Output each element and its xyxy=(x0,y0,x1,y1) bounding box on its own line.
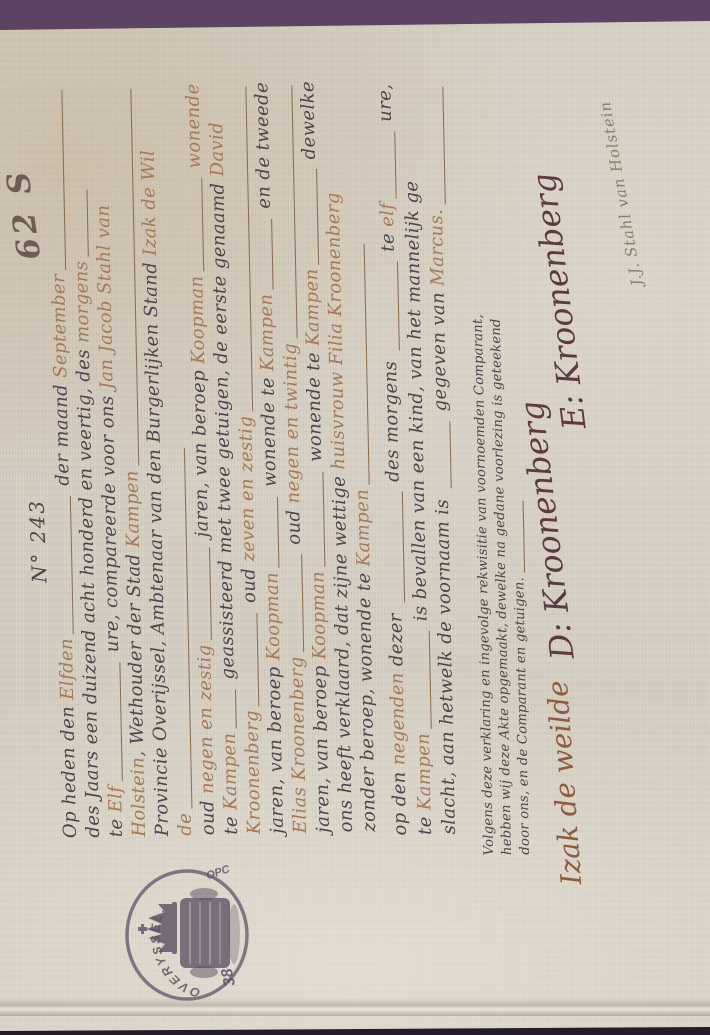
manuscript-text: morgens xyxy=(71,260,94,343)
manuscript-text: Op heden den xyxy=(57,700,81,839)
manuscript-text: Kroonenberg xyxy=(241,710,265,835)
stamp-number: 38 xyxy=(219,967,239,988)
manuscript-text: Koopman xyxy=(186,275,209,364)
manuscript-text: dezer xyxy=(385,607,407,673)
manuscript-text: elf xyxy=(377,202,399,227)
manuscript-text: David xyxy=(206,122,228,177)
manuscript-text: September xyxy=(48,274,71,378)
manuscript-text: ure, xyxy=(374,83,396,128)
blank-rule xyxy=(364,244,370,485)
blank-rule xyxy=(235,690,237,729)
blank-rule xyxy=(394,132,396,199)
manuscript-text: Kampen xyxy=(301,268,324,346)
blank-rule xyxy=(86,190,88,257)
manuscript-text: negenden xyxy=(387,672,410,765)
manuscript-text: der maand xyxy=(50,378,73,492)
manuscript-text: te xyxy=(220,810,242,835)
blank-rule xyxy=(401,492,404,603)
folio-number: 62 S xyxy=(0,166,48,262)
manuscript-text: ure, compareerde voor ons xyxy=(97,389,124,658)
manuscript-text: op den xyxy=(389,765,411,836)
rotated-document-content: 62 S N° 243 Op heden den Elfden der maan… xyxy=(0,26,710,1035)
manuscript-text: Marcus. xyxy=(426,208,449,286)
manuscript-text: Koopman xyxy=(307,571,330,660)
line-gap xyxy=(366,80,369,240)
manuscript-text: Koopman xyxy=(262,572,285,661)
signature-witness-2: E: Kroonenberg xyxy=(524,171,593,431)
blank-rule xyxy=(449,421,451,488)
manuscript-text: Kampen xyxy=(352,489,375,567)
manuscript-text: Kampen xyxy=(219,732,242,810)
manuscript-text: Kampen xyxy=(256,293,279,371)
manuscript-text: jaren, van beroep xyxy=(309,659,334,833)
blank-rule xyxy=(322,472,325,567)
signature-comparant: Izak de weilde xyxy=(541,679,588,886)
manuscript-text: negen en twintig xyxy=(280,343,304,504)
manuscript-text: Elf xyxy=(105,785,127,812)
manuscript-text: huisvrouw Filia Kroonenberg xyxy=(323,192,350,470)
manuscript-text: en de tweede xyxy=(251,82,275,215)
blank-rule xyxy=(316,169,319,264)
manuscript-text: Izak de Wil xyxy=(138,150,161,256)
stamp-arms-icon xyxy=(180,888,240,978)
manuscript-text: Jan Jacob Stahl van xyxy=(93,204,118,389)
act-number: N° 243 xyxy=(25,499,52,584)
manuscript-text: oud xyxy=(283,503,305,551)
manuscript-text: jaren, van beroep xyxy=(263,660,288,834)
act-body-birth-details: op den negenden dezer des morgens te elf… xyxy=(374,82,463,835)
manuscript-text: Elfden xyxy=(56,638,78,700)
blank-rule xyxy=(256,613,259,706)
manuscript-text: de xyxy=(175,813,196,836)
manuscript-text: te xyxy=(106,812,128,837)
blank-rule xyxy=(277,497,279,568)
paper-fold-crease xyxy=(0,998,710,1016)
blank-rule xyxy=(301,555,304,652)
manuscript-text: dewelke xyxy=(297,81,320,166)
manuscript-text: Elias Kroonenberg xyxy=(286,656,311,833)
act-body-main: Op heden den Elfden der maand Septemberd… xyxy=(44,80,382,839)
blank-rule xyxy=(61,90,66,270)
manuscript-text: oud xyxy=(197,794,219,836)
blank-rule xyxy=(201,178,204,271)
manuscript-text: Kampen xyxy=(121,470,144,548)
manuscript-text: Holstein xyxy=(127,757,150,837)
blank-rule xyxy=(429,631,432,728)
manuscript-text: jaren, van beroep xyxy=(188,364,213,544)
manuscript-text: wonende xyxy=(182,83,205,175)
blank-rule xyxy=(209,547,212,640)
blank-rule xyxy=(119,662,122,781)
manuscript-text: des morgens xyxy=(380,354,404,488)
signature-registrar: J.J. Stahl van Holstein xyxy=(596,100,646,288)
manuscript-text: te xyxy=(377,227,399,258)
overyssel-tax-stamp: OVERYSSEL. OPC 38 xyxy=(122,862,252,1008)
manuscript-text: oud xyxy=(238,562,260,610)
document-paper: 62 S N° 243 Op heden den Elfden der maan… xyxy=(0,0,710,1035)
blank-rule xyxy=(70,496,74,634)
manuscript-text: zeven en zestig xyxy=(235,415,259,562)
manuscript-text: negen en zestig xyxy=(194,644,218,794)
manuscript-text: wonende te xyxy=(257,371,281,494)
blank-rule xyxy=(291,85,297,338)
manuscript-text: zonder beroep, wonende te xyxy=(353,566,380,832)
manuscript-text: , Wethouder der Stad xyxy=(123,547,148,757)
blank-rule xyxy=(271,219,273,290)
manuscript-text: wonende te xyxy=(303,346,327,469)
manuscript-text: Kampen xyxy=(412,733,435,811)
manuscript-text: gegeven van xyxy=(428,286,452,418)
manuscript-text: te xyxy=(414,810,436,835)
blank-rule xyxy=(396,262,399,351)
blank-rule xyxy=(442,86,445,204)
